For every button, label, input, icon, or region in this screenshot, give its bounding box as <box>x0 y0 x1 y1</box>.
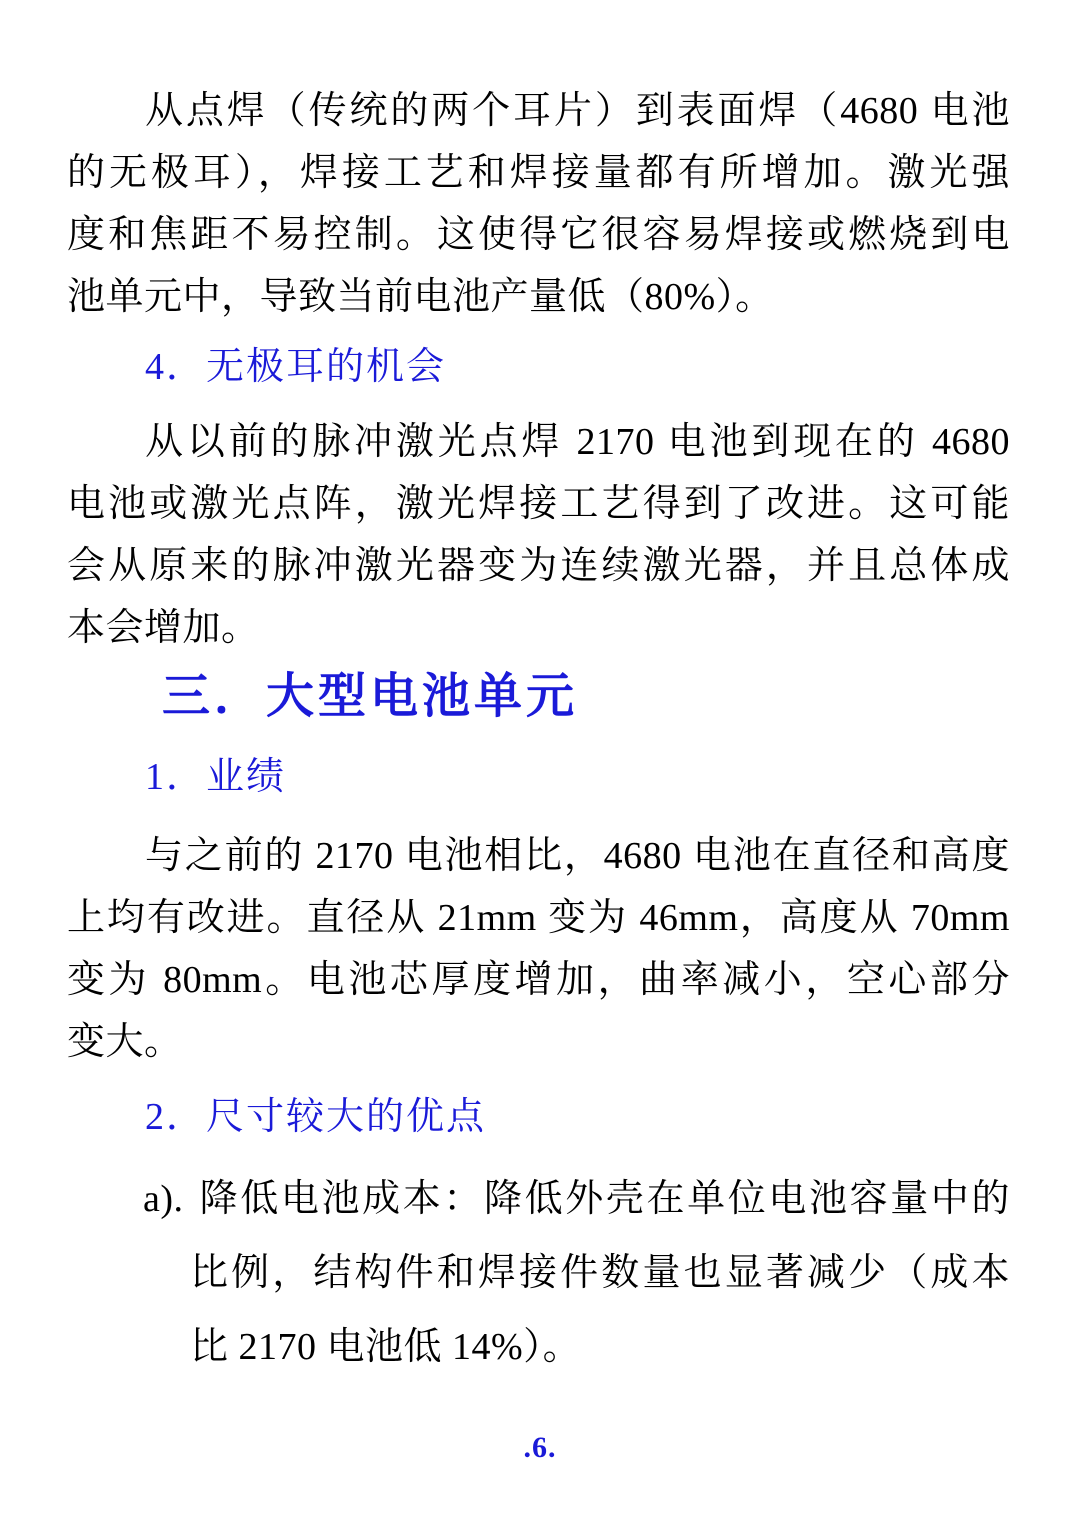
page-content: 从点焊（传统的两个耳片）到表面焊（4680 电池 的无极耳），焊接工艺和焊接量都… <box>0 80 1080 1384</box>
page-number: .6. <box>0 1428 1080 1468</box>
text-line: 与之前的 2170 电池相比，4680 电池在直径和高度 <box>145 825 1010 887</box>
text-line: 本会增加。 <box>67 597 1010 659</box>
text-line: 上均有改进。直径从 21mm 变为 46mm，高度从 70mm <box>67 887 1010 949</box>
text-line: 从点焊（传统的两个耳片）到表面焊（4680 电池 <box>145 80 1010 142</box>
paragraph-welding-yield: 从点焊（传统的两个耳片）到表面焊（4680 电池 的无极耳），焊接工艺和焊接量都… <box>67 80 1010 328</box>
text-line: 池单元中，导致当前电池产量低（80%）。 <box>67 266 1010 328</box>
text-line: 变为 80mm。电池芯厚度增加，曲率减小，空心部分 <box>67 949 1010 1011</box>
text-line: 变大。 <box>67 1011 1010 1073</box>
heading-large-battery-cell: 三．大型电池单元 <box>162 661 1010 733</box>
text-line: a).降低电池成本：降低外壳在单位电池容量中的 <box>143 1162 1010 1236</box>
heading-performance: 1．业绩 <box>145 746 1010 808</box>
document-page: 从点焊（传统的两个耳片）到表面焊（4680 电池 的无极耳），焊接工艺和焊接量都… <box>0 0 1080 1527</box>
list-marker: a). <box>143 1178 198 1220</box>
text-line: 从以前的脉冲激光点焊 2170 电池到现在的 4680 <box>145 411 1010 473</box>
text-line: 比例，结构件和焊接件数量也显著减少（成本 <box>190 1236 1010 1310</box>
text-line: 电池或激光点阵，激光焊接工艺得到了改进。这可能 <box>67 473 1010 535</box>
text-line: 比 2170 电池低 14%）。 <box>190 1310 1010 1384</box>
paragraph-size-comparison: 与之前的 2170 电池相比，4680 电池在直径和高度 上均有改进。直径从 2… <box>67 825 1010 1073</box>
list-item-a-cost-reduction: a).降低电池成本：降低外壳在单位电池容量中的 比例，结构件和焊接件数量也显著减… <box>67 1162 1010 1384</box>
list-item-text: 降低电池成本：降低外壳在单位电池容量中的 <box>198 1178 1010 1220</box>
heading-tabless-opportunity: 4．无极耳的机会 <box>145 336 1010 398</box>
text-line: 的无极耳），焊接工艺和焊接量都有所增加。激光强 <box>67 142 1010 204</box>
text-line: 度和焦距不易控制。这使得它很容易焊接或燃烧到电 <box>67 204 1010 266</box>
heading-size-advantages: 2．尺寸较大的优点 <box>145 1086 1010 1148</box>
text-line: 会从原来的脉冲激光器变为连续激光器，并且总体成 <box>67 535 1010 597</box>
paragraph-laser-process: 从以前的脉冲激光点焊 2170 电池到现在的 4680 电池或激光点阵，激光焊接… <box>67 411 1010 659</box>
